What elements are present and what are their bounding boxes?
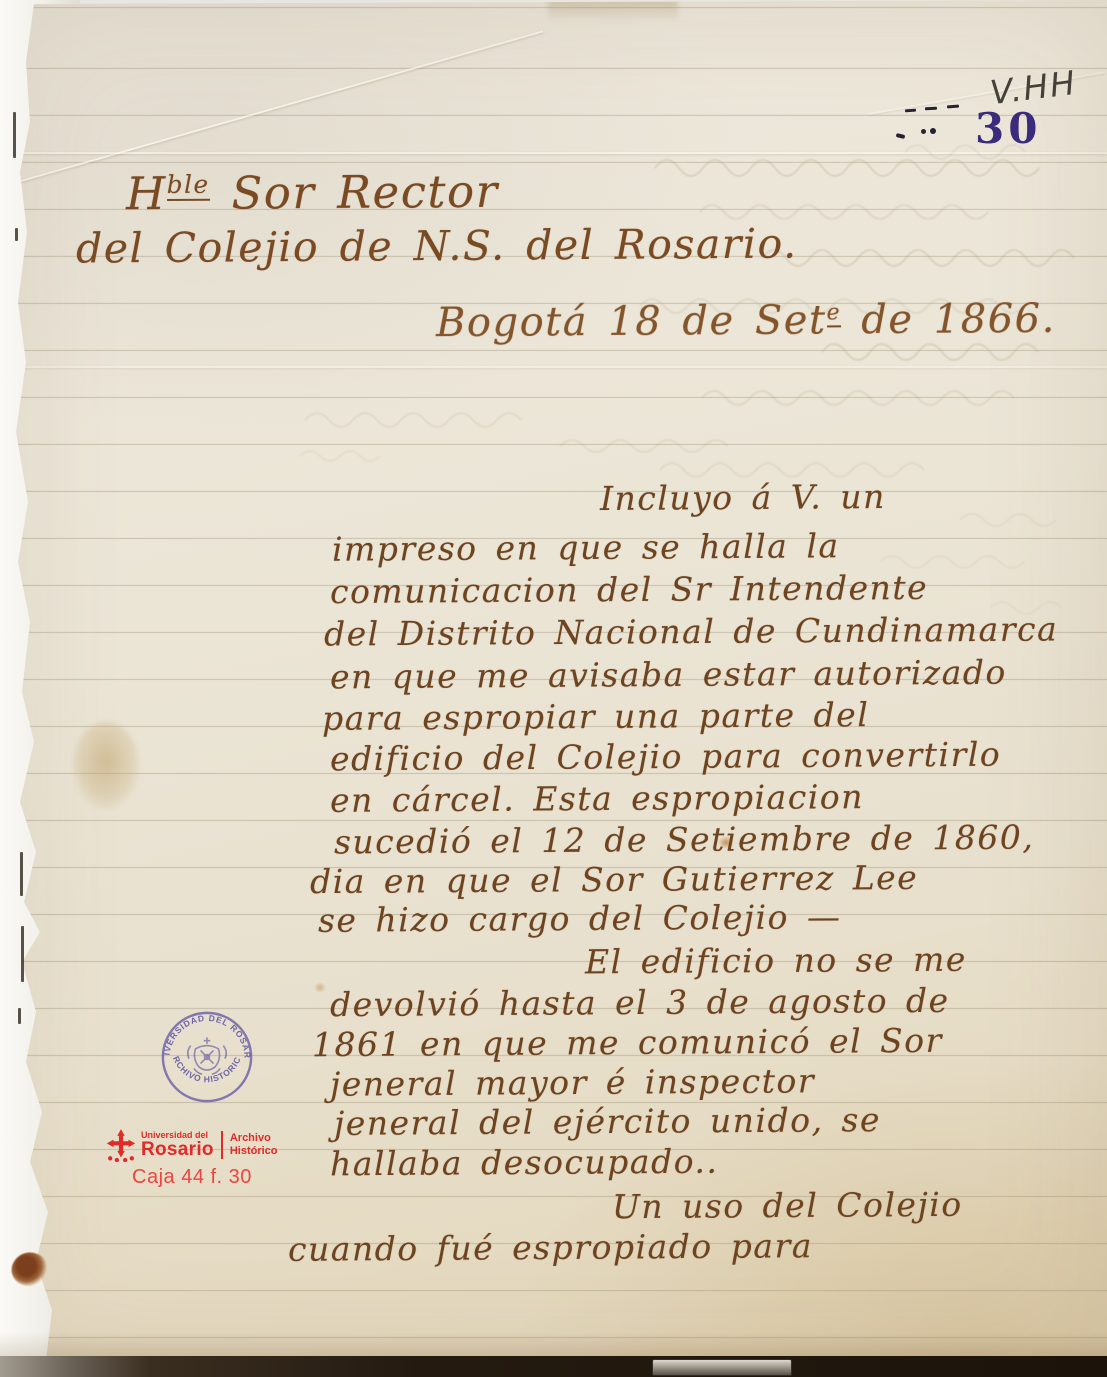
metal-binder-clip — [652, 1359, 792, 1376]
universidad-rosario-logo: Universidad del Rosario Archivo Históric… — [106, 1128, 278, 1162]
box-folio-label: Caja 44 f. 30 — [132, 1166, 252, 1189]
svg-text:UNIVERSIDAD DEL ROSARIO: UNIVERSIDAD DEL ROSARIO — [158, 1008, 253, 1059]
logo-line2: Rosario — [141, 1140, 214, 1159]
body-line: sucedió el 12 de Setiembre de 1860, — [334, 818, 1035, 862]
body-line: comunicacion del Sr Intendente — [330, 568, 928, 611]
rosario-cross-icon — [106, 1128, 136, 1162]
salutation-superscript: ble — [167, 170, 210, 201]
archive-ink-seal: UNIVERSIDAD DEL ROSARIO ARCHIVO HISTORIC… — [158, 1008, 256, 1106]
body-line: jeneral del ejército unido, se — [334, 1100, 881, 1143]
body-line: para espropiar una parte del — [322, 695, 870, 738]
paper-bottom-shadow — [0, 1332, 1107, 1358]
dateline-pre: Bogotá 18 de Set — [436, 297, 827, 346]
page-canvas: Hble Sor Rector del Colejio de N.S. del … — [0, 0, 1107, 1377]
salutation-line: Hble Sor Rector — [126, 165, 499, 221]
body-line: 1861 en que me comunicó el Sor — [312, 1021, 943, 1064]
body-line: se hizo cargo del Colejio — — [318, 897, 842, 940]
body-line: hallaba desocupado.. — [330, 1142, 719, 1184]
seal-top-text: UNIVERSIDAD DEL ROSARIO — [158, 1008, 253, 1059]
body-line: Incluyo á V. un — [600, 477, 886, 518]
body-line: en cárcel. Esta espropiacion — [330, 777, 864, 820]
addressee-line: del Colejio de N.S. del Rosario. — [76, 219, 798, 272]
logo-department: Archivo Histórico — [223, 1132, 278, 1157]
body-line: en que me avisaba estar autorizado — [330, 653, 1007, 697]
dateline: Bogotá 18 de Sete de 1866. — [436, 296, 1056, 346]
folio-number-stamp: 30 — [975, 104, 1041, 153]
logo-dept-line2: Histórico — [230, 1145, 278, 1158]
scanned-document-page: { "annotations": { "pencil_note": "V.HH"… — [0, 0, 1107, 1377]
salutation-initial: H — [126, 167, 167, 220]
body-line: cuando fué espropiado para — [288, 1226, 813, 1269]
dateline-post: de 1866. — [841, 296, 1056, 343]
ink-dot-mark — [921, 129, 926, 134]
logo-dept-line1: Archivo — [230, 1132, 278, 1145]
body-line: El edificio no se me — [585, 940, 967, 982]
body-line: impreso en que se halla la — [332, 526, 840, 569]
salutation-rest: Sor Rector — [209, 165, 498, 220]
ink-dash-mark — [925, 107, 937, 111]
body-line: dia en que el Sor Gutierrez Lee — [310, 858, 918, 901]
scan-table-edge — [0, 1356, 1107, 1377]
logo-university-name: Universidad del Rosario — [141, 1131, 223, 1159]
seal-coat-of-arms — [188, 1037, 227, 1074]
body-line: edificio del Colejio para convertirlo — [330, 735, 1001, 779]
body-line: devolvió hasta el 3 de agosto de — [330, 981, 950, 1024]
ink-dot-mark — [930, 128, 936, 134]
body-line: jeneral mayor é inspector — [330, 1061, 815, 1103]
body-line: del Distrito Nacional de Cundinamarca — [324, 609, 1058, 653]
body-line: Un uso del Colejio — [612, 1185, 963, 1226]
dateline-superscript: e — [826, 300, 841, 327]
